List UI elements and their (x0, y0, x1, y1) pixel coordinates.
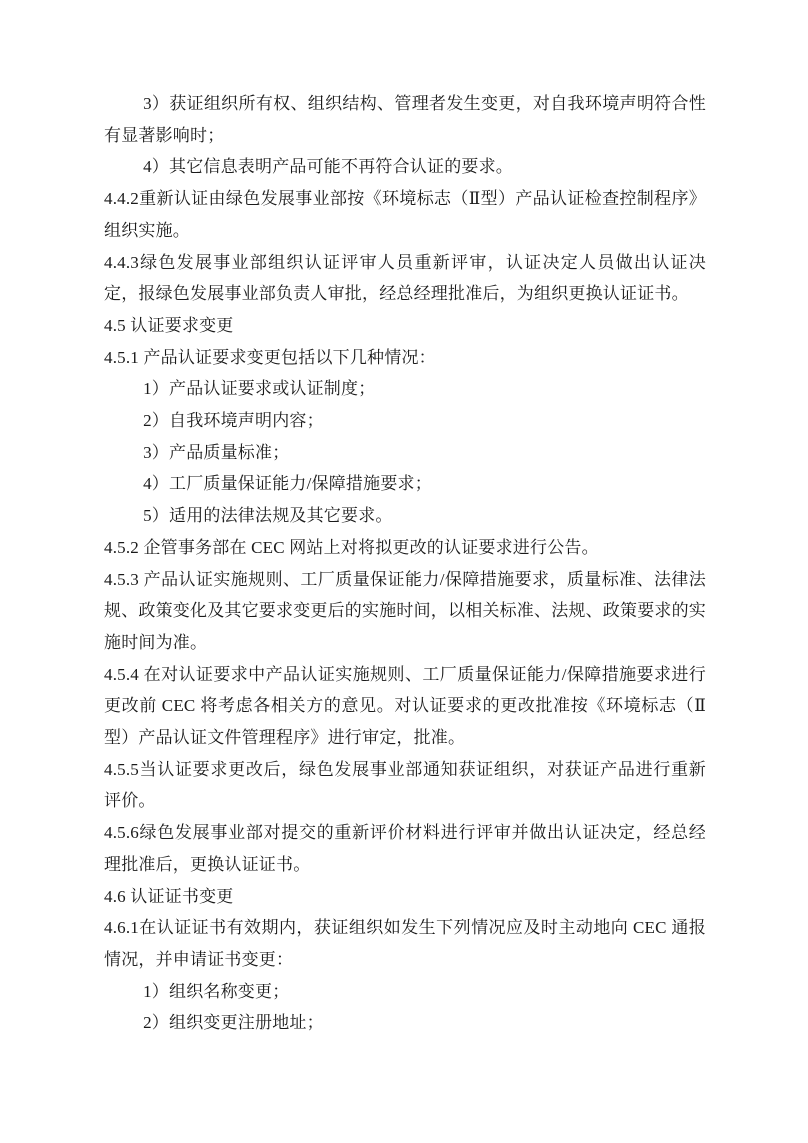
list-item: 5）适用的法律法规及其它要求。 (104, 500, 706, 532)
clause-4-6-1: 4.6.1在认证证书有效期内，获证组织如发生下列情况应及时主动地向 CEC 通报… (104, 912, 706, 975)
clause-4-4-3: 4.4.3绿色发展事业部组织认证评审人员重新评审，认证决定人员做出认证决定，报绿… (104, 247, 706, 310)
clause-4-5-3: 4.5.3 产品认证实施规则、工厂质量保证能力/保障措施要求，质量标准、法律法规… (104, 564, 706, 659)
list-item: 1）组织名称变更； (104, 976, 706, 1008)
list-item: 3）产品质量标准； (104, 437, 706, 469)
list-item: 4）工厂质量保证能力/保障措施要求； (104, 468, 706, 500)
clause-4-5-1: 4.5.1 产品认证要求变更包括以下几种情况： (104, 342, 706, 374)
heading-4-6: 4.6 认证证书变更 (104, 881, 706, 913)
list-item: 1）产品认证要求或认证制度； (104, 373, 706, 405)
clause-4-5-2: 4.5.2 企管事务部在 CEC 网站上对将拟更改的认证要求进行公告。 (104, 532, 706, 564)
clause-4-5-4: 4.5.4 在对认证要求中产品认证实施规则、工厂质量保证能力/保障措施要求进行更… (104, 659, 706, 754)
clause-4-4-2: 4.4.2重新认证由绿色发展事业部按《环境标志（Ⅱ型）产品认证检查控制程序》组织… (104, 183, 706, 246)
clause-4-5-6: 4.5.6绿色发展事业部对提交的重新评价材料进行评审并做出认证决定，经总经理批准… (104, 817, 706, 880)
list-item: 2）自我环境声明内容； (104, 405, 706, 437)
list-item: 2）组织变更注册地址； (104, 1007, 706, 1039)
list-item: 4）其它信息表明产品可能不再符合认证的要求。 (104, 151, 706, 183)
document-page: 3）获证组织所有权、组织结构、管理者发生变更，对自我环境声明符合性有显著影响时；… (0, 0, 808, 1143)
clause-4-5-5: 4.5.5当认证要求更改后，绿色发展事业部通知获证组织，对获证产品进行重新评价。 (104, 754, 706, 817)
heading-4-5: 4.5 认证要求变更 (104, 310, 706, 342)
list-item: 3）获证组织所有权、组织结构、管理者发生变更，对自我环境声明符合性有显著影响时； (104, 88, 706, 151)
document-body: 3）获证组织所有权、组织结构、管理者发生变更，对自我环境声明符合性有显著影响时；… (104, 88, 706, 1039)
